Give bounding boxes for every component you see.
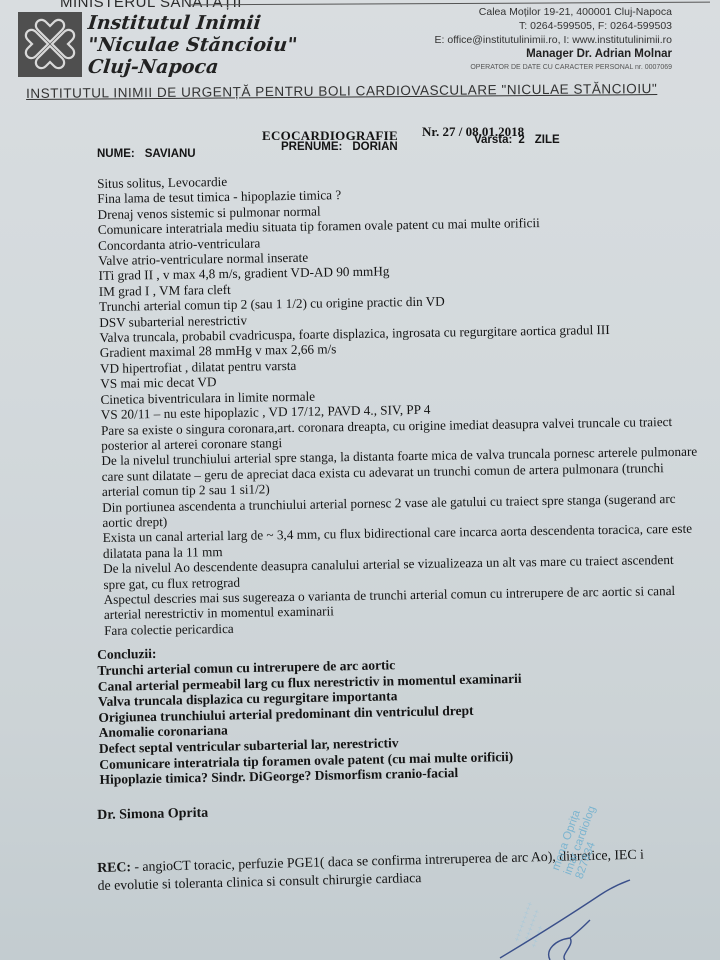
handwritten-signature	[490, 870, 720, 960]
manager: Manager Dr. Adrian Molnar	[435, 47, 672, 61]
address: Calea Moților 19-21, 400001 Cluj-Napoca	[435, 5, 672, 19]
patient-age: Varsta:2ZILE	[474, 134, 560, 146]
ministry-header: MINISTERUL SĂNĂTĂȚII	[60, 0, 242, 11]
patient-firstname: PRENUME:DORIAN	[281, 141, 398, 153]
age-unit: ZILE	[535, 134, 560, 146]
institute-banner: INSTITUTUL INIMII DE URGENȚĂ PENTRU BOLI…	[26, 81, 657, 101]
age-value: 2	[518, 134, 524, 146]
conclusions-section: Concluzii: Trunchi arterial comun cu int…	[97, 639, 523, 788]
name-value: SAVIANU	[145, 148, 196, 160]
patient-surname: NUME:SAVIANU	[97, 148, 196, 160]
contact-block: Calea Moților 19-21, 400001 Cluj-Napoca …	[435, 5, 672, 75]
conclusions-list: Trunchi arterial comun cu intrerupere de…	[97, 655, 523, 788]
prenume-value: DORIAN	[352, 141, 397, 153]
institute-name: Institutul Inimii "Niculae Stăncioiu" Cl…	[88, 12, 297, 78]
age-label: Varsta:	[474, 134, 512, 146]
email-web: E: office@institutulinimii.ro, I: www.in…	[435, 33, 672, 47]
institute-line-3: Cluj-Napoca	[87, 56, 298, 78]
doctor-name: Dr. Simona Oprita	[97, 806, 208, 824]
data-operator: OPERATOR DE DATE CU CARACTER PERSONAL nr…	[435, 61, 672, 75]
prenume-label: PRENUME:	[281, 141, 342, 153]
hearts-cross-logo-icon	[18, 12, 82, 77]
institute-line-1: Institutul Inimii	[87, 12, 298, 34]
rec-label: REC:	[97, 859, 131, 875]
phone-fax: T: 0264-599505, F: 0264-599503	[435, 19, 672, 33]
name-label: NUME:	[97, 148, 135, 160]
institute-line-2: "Niculae Stăncioiu"	[87, 34, 298, 56]
findings-list: Situs solitus, LevocardieFina lama de te…	[97, 166, 720, 638]
